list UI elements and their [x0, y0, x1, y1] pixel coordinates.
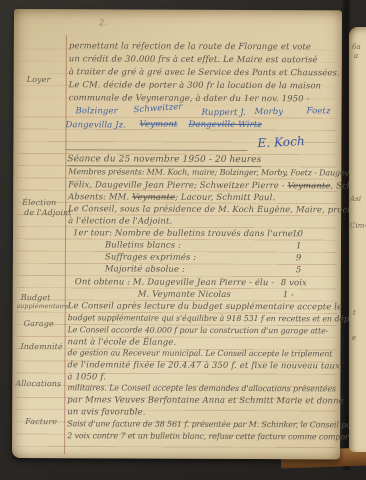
loyer-line-5: communale de Veymerange, à dater du 1er …	[69, 94, 310, 104]
loyer-line-2: un crédit de 30.000 frs à cet effet. Le …	[69, 55, 318, 65]
tally-row-ballots-label: 1er tour: Nombre de bulletins trouvés da…	[73, 229, 299, 238]
signature-veymont-struck: Veymont	[139, 121, 177, 130]
signature-schweitzer: Schweitzer	[133, 103, 183, 115]
signature-morby: Morby	[255, 108, 284, 117]
margin-label-election-1: Élection	[22, 199, 56, 207]
scanned-register-photo: 2. Loyer Élection de l'Adjoint Budget su…	[0, 0, 366, 480]
loyer-line-3: à traiter de gré à gré avec le Service d…	[69, 68, 340, 78]
indemnite-line-2: de l'indemnité fixée le 20.4.47 à 350 f.…	[67, 361, 340, 371]
election-intro-line-2: à l'élection de l'Adjoint.	[68, 217, 172, 226]
margin-label-budget-2: supplémentaire	[17, 303, 69, 310]
tally-row-blank-value: 1	[296, 242, 302, 251]
tally-row-expressed-label: Suffrages exprimés :	[105, 253, 196, 262]
allocations-line-1: militaires. Le Conseil accepte les deman…	[67, 384, 336, 393]
present-line-2-start: Félix, Daugeville Jean Pierre; Schweitze…	[68, 180, 287, 191]
attendance-present-line-2: Félix, Daugeville Jean Pierre; Schweitze…	[68, 181, 366, 191]
tally-row-ballots-value: 10	[292, 230, 303, 239]
absent-veymante-struck: Veymante	[132, 193, 175, 203]
session-heading: Séance du 25 novembre 1950 - 20 heures	[67, 155, 261, 167]
page-number: 2.	[99, 19, 107, 28]
tally-row-expressed-value: 9	[296, 254, 302, 263]
signature-ruppert: Ruppert J.	[202, 109, 246, 118]
allocations-line-2: par Mmes Veuves Berfontaine Anna et Schm…	[67, 396, 344, 406]
margin-label-facture: Facture	[25, 418, 57, 426]
budget-line-1: Le Conseil après lecture du budget suppl…	[68, 302, 342, 312]
signature-dangeville-wirtz-struck: Dangeville Wirtz	[188, 121, 261, 130]
tally-row-blank-label: Bulletins blancs :	[105, 241, 181, 250]
budget-line-2: budget supplémentaire qui s'équilibre à …	[68, 314, 366, 323]
next-page-fragment-2: a	[354, 53, 358, 60]
next-page-edge: 6a a Asi Cim- t e	[349, 27, 366, 452]
election-result-1-label: Ont obtenu : M. Daugeville Jean Pierre -…	[75, 278, 274, 287]
signature-foetz: Foetz	[307, 107, 331, 116]
garage-line-2: nant à l'école de Élange.	[68, 338, 177, 347]
next-page-fragment-3: Asi	[350, 196, 361, 203]
margin-label-loyer: Loyer	[27, 76, 51, 84]
election-result-2-value: 1 -	[283, 291, 294, 300]
facture-line-1: Saisi d'une facture de 38 561 f. présent…	[67, 420, 354, 429]
margin-label-garage: Garage	[24, 320, 54, 328]
facture-line-2: 2 voix contre 7 et un bulletin blanc, re…	[67, 432, 364, 441]
register-page: 2. Loyer Élection de l'Adjoint Budget su…	[12, 9, 342, 459]
next-page-fragment-1: 6a	[352, 44, 361, 51]
garage-line-1: Le Conseil accorde 40.000 f pour la cons…	[68, 326, 329, 335]
signature-koch-mayor: E. Koch	[257, 135, 305, 149]
next-page-fragment-4: Cim-	[350, 223, 366, 230]
absent-line-start: Absents: MM.	[68, 192, 132, 202]
indemnite-line-3: à 1050 f.	[67, 373, 106, 382]
tally-row-majority-value: 5	[296, 266, 302, 275]
previous-minutes-closing-rule	[65, 149, 247, 151]
attendance-present-line-1: Membres présents: MM. Koch, maire; Bolzi…	[68, 168, 361, 177]
loyer-line-4: Le CM. décide de porter à 300 fr la loca…	[69, 81, 322, 91]
loyer-line-1: permettant la réfection de la route de F…	[69, 42, 311, 52]
next-page-fragment-6: e	[352, 335, 356, 342]
election-result-1-value: 8 voix	[281, 279, 307, 288]
election-intro-line-1: Le Conseil, sous la présidence de M. Koc…	[68, 205, 363, 215]
margin-label-election-2: de l'Adjoint	[24, 209, 72, 217]
margin-label-indemnite: Indemnité	[21, 343, 63, 351]
absent-line-end: ; Lacour, Schmitt Paul.	[175, 193, 275, 203]
indemnite-line-1: de gestion au Receveur municipal. Le Con…	[67, 349, 332, 358]
signature-bolzinger: Bolzinger	[76, 107, 118, 116]
allocations-line-3: un avis favorable.	[67, 408, 145, 417]
margin-label-allocations: Allocations	[15, 380, 61, 388]
attendance-absent-line: Absents: MM. Veymante; Lacour, Schmitt P…	[68, 193, 275, 202]
present-veymante-struck: Veymante	[287, 181, 330, 191]
next-page-fragment-5: t	[353, 310, 356, 317]
tally-row-majority-label: Majorité absolue :	[105, 265, 185, 274]
election-result-2-label: M. Veymante Nicolas	[138, 291, 231, 300]
margin-label-budget-1: Budget	[21, 294, 51, 302]
signature-dangevilla: Dangevilla Jz.	[65, 121, 126, 130]
